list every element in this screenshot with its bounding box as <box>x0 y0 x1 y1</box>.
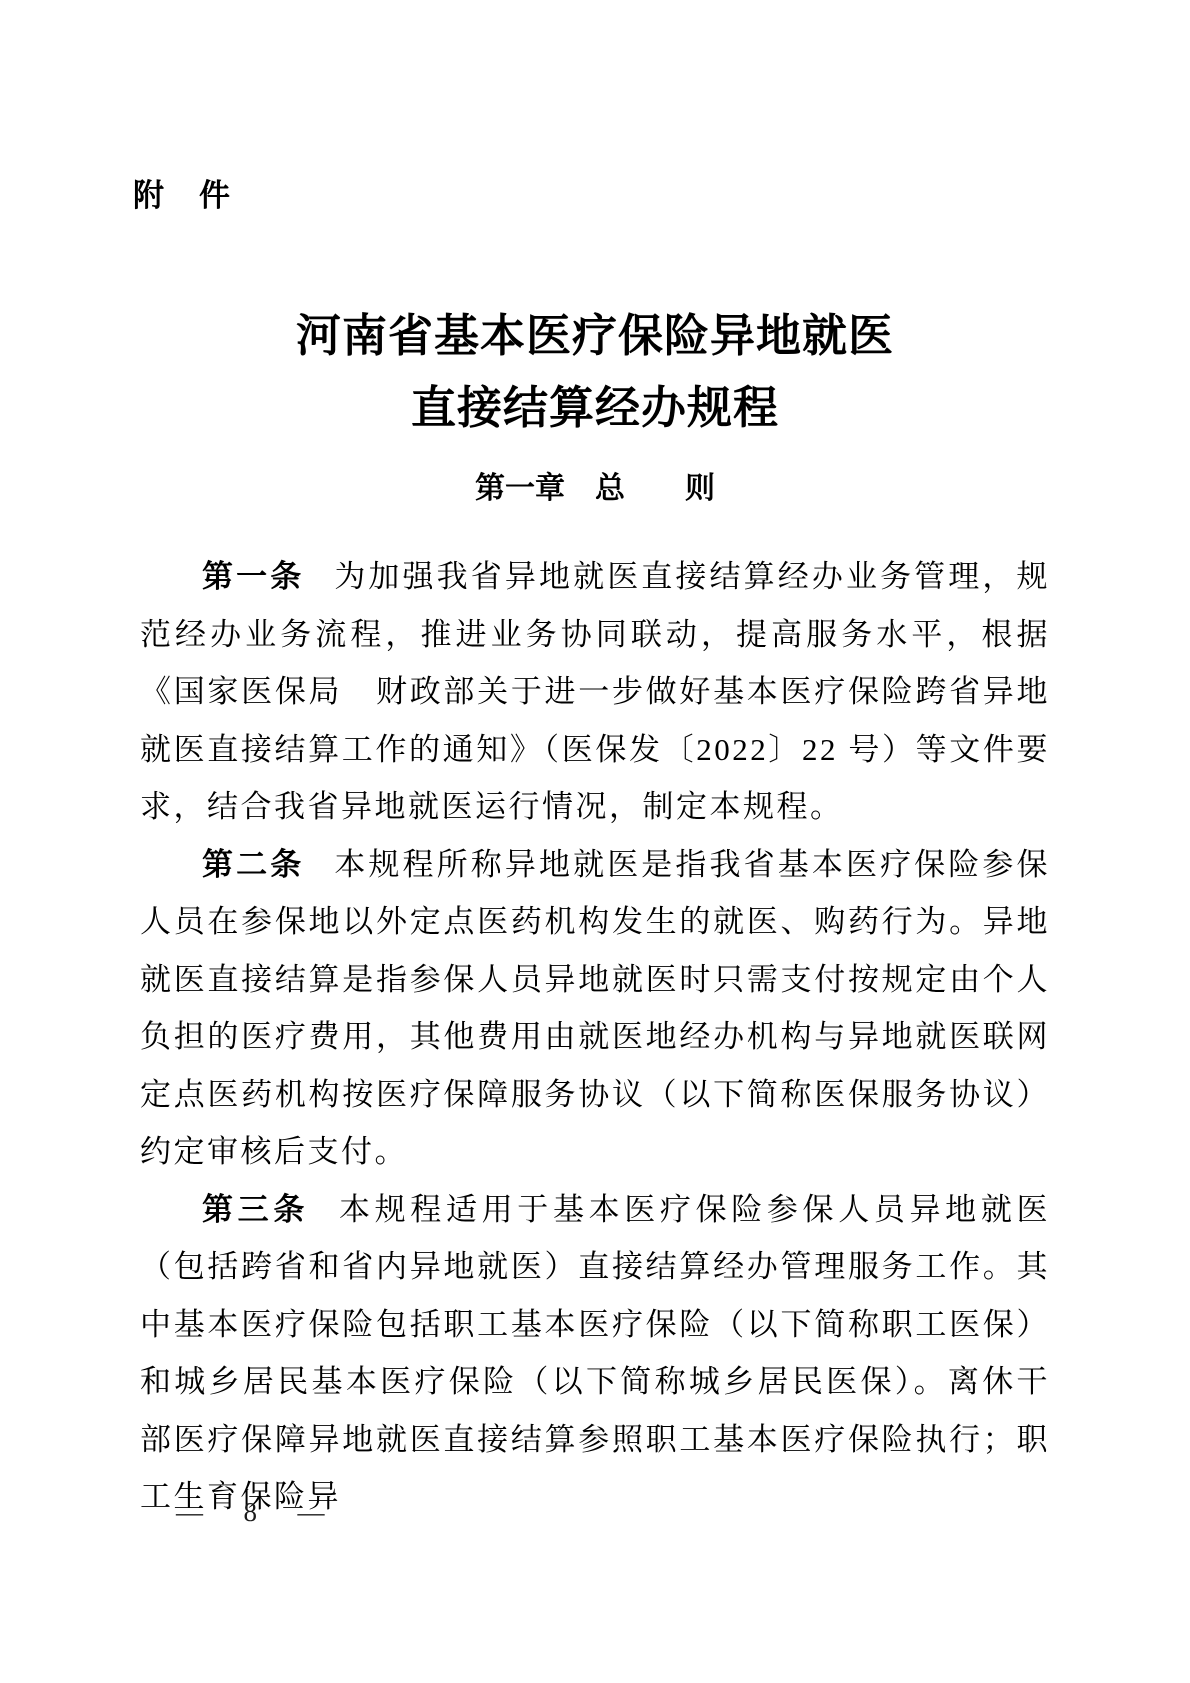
clause-paragraph: 第一条为加强我省异地就医直接结算经办业务管理，规范经办业务流程，推进业务协同联动… <box>140 548 1050 836</box>
page-number: — 8 — <box>176 1494 334 1530</box>
clause-label-3: 第三条 <box>202 1192 309 1227</box>
clause-label-1: 第一条 <box>202 559 304 594</box>
document-page: 附 件 河南省基本医疗保险异地就医 直接结算经办规程 第一章 总 则 第一条为加… <box>0 0 1190 1683</box>
chapter-heading: 第一章 总 则 <box>0 470 1190 508</box>
title-line-1: 河南省基本医疗保险异地就医 <box>0 300 1190 372</box>
clause-text-2: 本规程所称异地就医是指我省基本医疗保险参保人员在参保地以外定点医药机构发生的就医… <box>140 847 1050 1170</box>
clause-label-2: 第二条 <box>202 847 304 882</box>
clause-text-3: 本规程适用于基本医疗保险参保人员异地就医（包括跨省和省内异地就医）直接结算经办管… <box>140 1192 1050 1515</box>
title-line-2: 直接结算经办规程 <box>0 372 1190 444</box>
clause-paragraph: 第三条本规程适用于基本医疗保险参保人员异地就医（包括跨省和省内异地就医）直接结算… <box>140 1181 1050 1526</box>
clause-paragraph: 第二条本规程所称异地就医是指我省基本医疗保险参保人员在参保地以外定点医药机构发生… <box>140 836 1050 1181</box>
attachment-label: 附 件 <box>133 176 232 216</box>
document-body: 第一条为加强我省异地就医直接结算经办业务管理，规范经办业务流程，推进业务协同联动… <box>140 548 1050 1526</box>
document-title: 河南省基本医疗保险异地就医 直接结算经办规程 <box>0 300 1190 444</box>
clause-text-1: 为加强我省异地就医直接结算经办业务管理，规范经办业务流程，推进业务协同联动，提高… <box>140 559 1050 824</box>
